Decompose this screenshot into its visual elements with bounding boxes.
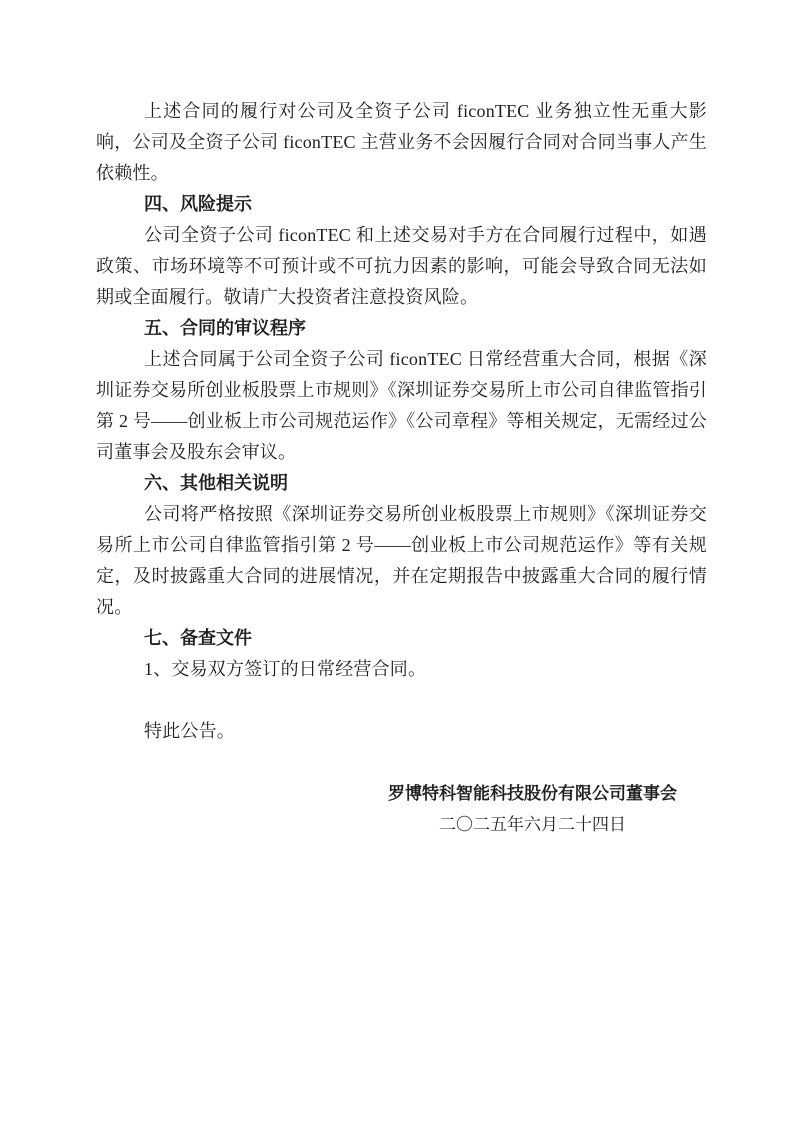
paragraph-risk-warning: 公司全资子公司 ficonTEC 和上述交易对手方在合同履行过程中，如遇政策、市… [96, 220, 707, 313]
paragraph-reference-document-item: 1、交易双方签订的日常经营合同。 [96, 654, 707, 685]
signature-company-name: 罗博特科智能科技股份有限公司董事会 [388, 778, 677, 809]
document-page: 上述合同的履行对公司及全资子公司 ficonTEC 业务独立性无重大影响，公司及… [0, 0, 794, 1123]
paragraph-independence-statement: 上述合同的履行对公司及全资子公司 ficonTEC 业务独立性无重大影响，公司及… [96, 96, 707, 189]
document-content: 上述合同的履行对公司及全资子公司 ficonTEC 业务独立性无重大影响，公司及… [0, 0, 794, 840]
paragraph-review-procedure: 上述合同属于公司全资子公司 ficonTEC 日常经营重大合同，根据《深圳证券交… [96, 344, 707, 468]
signature-date: 二〇二五年六月二十四日 [388, 809, 677, 840]
section-heading-review-procedure: 五、合同的审议程序 [96, 313, 707, 344]
section-heading-other-notes: 六、其他相关说明 [96, 468, 707, 499]
paragraph-other-notes: 公司将严格按照《深圳证券交易所创业板股票上市规则》《深圳证券交易所上市公司自律监… [96, 499, 707, 623]
closing-statement: 特此公告。 [96, 716, 707, 747]
section-heading-reference-documents: 七、备查文件 [96, 623, 707, 654]
section-heading-risk-warning: 四、风险提示 [96, 189, 707, 220]
signature-block: 罗博特科智能科技股份有限公司董事会 二〇二五年六月二十四日 [388, 778, 677, 840]
